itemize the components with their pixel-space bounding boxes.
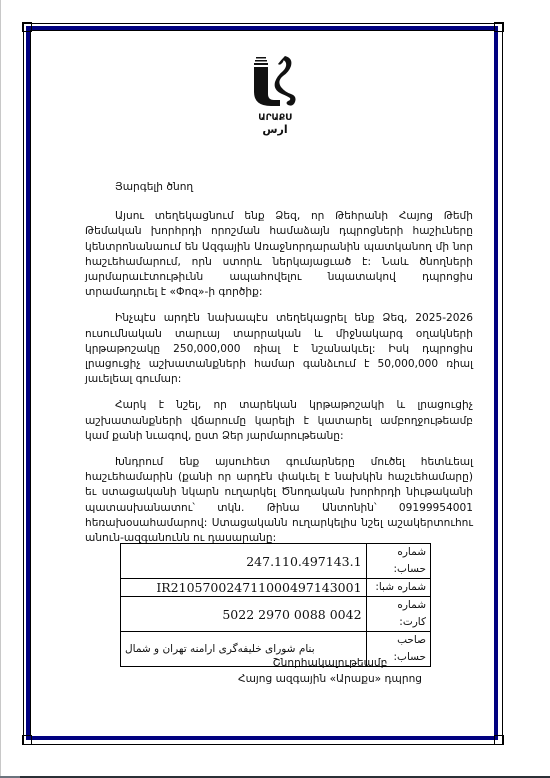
border-corner-ornament bbox=[22, 735, 32, 745]
letter-greeting: Յարգելի ծնող bbox=[115, 180, 473, 195]
border-corner-ornament bbox=[22, 22, 32, 32]
letter-signoff: Շնորհակալութեամբ Հայոց ազգային «Արաքս» դ… bbox=[230, 655, 430, 687]
signoff-school-name: Հայոց ազգային «Արաքս» դպրոց bbox=[230, 671, 430, 687]
border-corner-ornament bbox=[494, 22, 504, 32]
sheba-number-value: IR210570024711000497143001 bbox=[121, 579, 367, 597]
signoff-thanks: Շնորհակալութեամբ bbox=[230, 655, 430, 671]
account-number-label: شماره حساب: bbox=[366, 544, 430, 579]
bank-details-table: 247.110.497143.1 شماره حساب: IR210570024… bbox=[120, 543, 431, 667]
table-row: 5022 2970 0088 0042 شماره کارت: bbox=[121, 597, 431, 632]
card-number-label: شماره کارت: bbox=[366, 597, 430, 632]
araks-school-logo-icon: ԱՐԱՔՍ ارس bbox=[247, 54, 303, 136]
card-number-value: 5022 2970 0088 0042 bbox=[121, 597, 367, 632]
letter-paragraph: Խնդրում ենք այսուհետ գումարները մուծել հ… bbox=[85, 455, 473, 546]
svg-text:ԱՐԱՔՍ: ԱՐԱՔՍ bbox=[258, 113, 292, 123]
border-corner-ornament bbox=[494, 735, 504, 745]
table-row: 247.110.497143.1 شماره حساب: bbox=[121, 544, 431, 579]
table-row: IR210570024711000497143001 شماره شبا: bbox=[121, 579, 431, 597]
svg-text:ارس: ارس bbox=[262, 123, 287, 136]
letter-paragraph: Ինչպէս արդէն նախապէս տեղեկացրել ենք Ձեզ,… bbox=[85, 311, 473, 387]
sheba-number-label: شماره شبا: bbox=[366, 579, 430, 597]
letter-paragraph: Հարկ է նշել, որ տարեկան կրթաթոշակի և լրա… bbox=[85, 398, 473, 444]
letter-body: Յարգելի ծնող Այսու տեղեկացնում ենք Ձեզ, … bbox=[85, 180, 473, 557]
letter-paragraph: Այսու տեղեկացնում ենք Ձեզ, որ Թեհրանի Հա… bbox=[85, 209, 473, 300]
page-left-edge bbox=[0, 0, 1, 777]
account-number-value: 247.110.497143.1 bbox=[121, 544, 367, 579]
